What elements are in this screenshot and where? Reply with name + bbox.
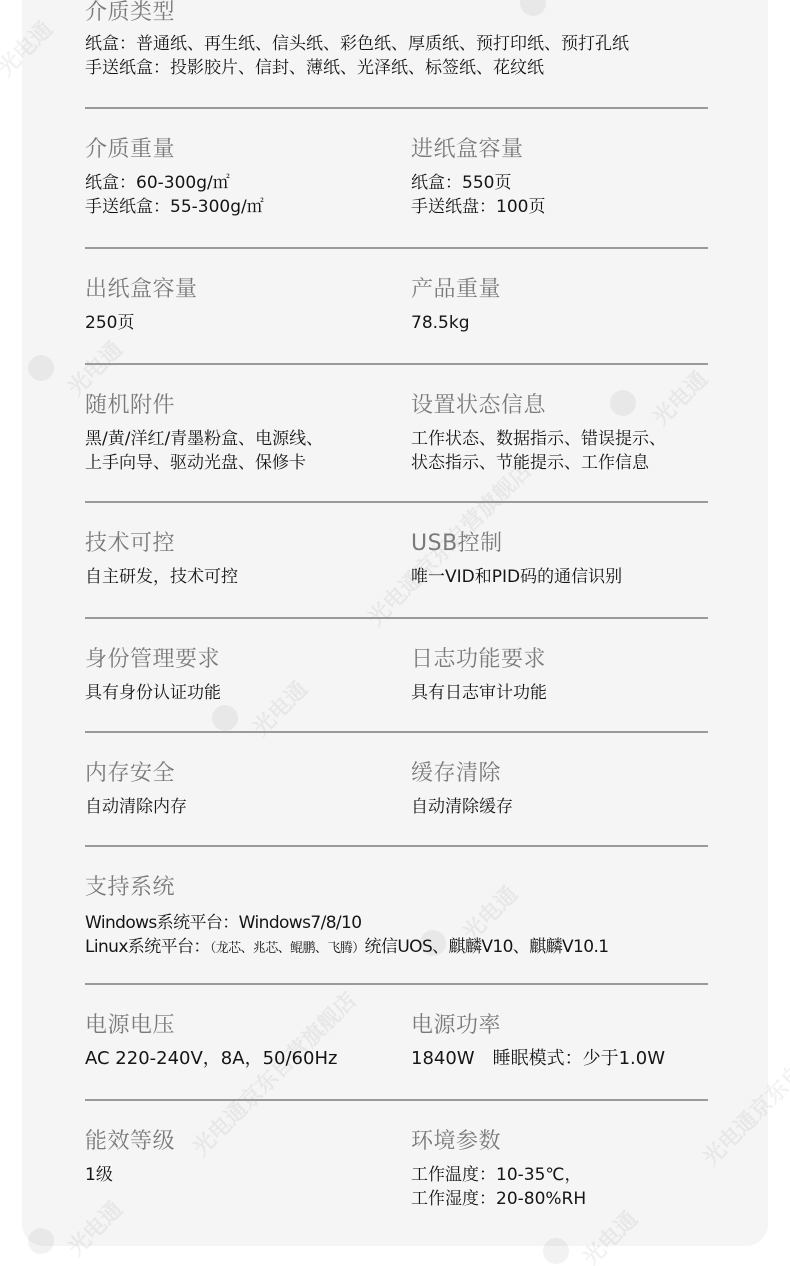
spec-label: 产品重量 (411, 275, 501, 305)
spec-identity-mgmt: 身份管理要求 具有身份认证功能 (85, 645, 221, 705)
spec-label: USB控制 (411, 529, 622, 559)
divider (85, 845, 708, 847)
spec-value: 纸盒：550页 手送纸盘：100页 (411, 171, 545, 219)
spec-value-line: 工作状态、数据指示、错误提示、 (411, 427, 666, 451)
spec-label: 出纸盒容量 (85, 275, 198, 305)
spec-value-line: Linux系统平台：（龙芯、兆芯、鲲鹏、飞腾）统信UOS、麒麟V10、麒麟V10… (85, 935, 608, 961)
spec-value: 1级 (85, 1163, 175, 1187)
spec-log-function: 日志功能要求 具有日志审计功能 (411, 645, 547, 705)
divider (85, 501, 708, 503)
spec-accessories: 随机附件 黑/黄/洋红/青墨粉盒、电源线、 上手向导、驱动光盘、保修卡 (85, 391, 323, 475)
spec-tech-control: 技术可控 自主研发，技术可控 (85, 529, 238, 589)
spec-status-info: 设置状态信息 工作状态、数据指示、错误提示、 状态指示、节能提示、工作信息 (411, 391, 666, 475)
spec-value-line: 纸盒：60-300g/㎡ (85, 171, 264, 195)
spec-power-voltage: 电源电压 AC 220-240V，8A，50/60Hz (85, 1011, 337, 1071)
spec-label: 缓存清除 (411, 759, 513, 789)
spec-label: 身份管理要求 (85, 645, 221, 675)
spec-usb-control: USB控制 唯一VID和PID码的通信识别 (411, 529, 622, 589)
divider (85, 731, 708, 733)
spec-value-line: 手送纸盒：55-300g/㎡ (85, 195, 264, 219)
spec-value: 唯一VID和PID码的通信识别 (411, 565, 622, 589)
linux-os: 统信UOS、麒麟V10、麒麟V10.1 (365, 937, 609, 957)
spec-media-weight: 介质重量 纸盒：60-300g/㎡ 手送纸盒：55-300g/㎡ (85, 135, 264, 219)
spec-label: 设置状态信息 (411, 391, 666, 421)
divider (85, 1099, 708, 1101)
spec-label: 进纸盒容量 (411, 135, 545, 165)
spec-value-line: 纸盒：普通纸、再生纸、信头纸、彩色纸、厚质纸、预打印纸、预打孔纸 (85, 32, 629, 56)
linux-platforms: （龙芯、兆芯、鲲鹏、飞腾） (210, 941, 365, 956)
spec-label: 支持系统 (85, 873, 608, 903)
spec-value-line: 手送纸盒：投影胶片、信封、薄纸、光泽纸、标签纸、花纹纸 (85, 56, 629, 80)
spec-label: 能效等级 (85, 1127, 175, 1157)
divider (85, 983, 708, 985)
spec-product-weight: 产品重量 78.5kg (411, 275, 501, 335)
spec-value: 工作状态、数据指示、错误提示、 状态指示、节能提示、工作信息 (411, 427, 666, 475)
spec-output-capacity: 出纸盒容量 250页 (85, 275, 198, 335)
spec-value: Windows系统平台：Windows7/8/10 Linux系统平台：（龙芯、… (85, 911, 608, 961)
divider (85, 247, 708, 249)
spec-value-line: Windows系统平台：Windows7/8/10 (85, 911, 608, 935)
spec-input-capacity: 进纸盒容量 纸盒：550页 手送纸盘：100页 (411, 135, 545, 219)
spec-value-line: 手送纸盘：100页 (411, 195, 545, 219)
spec-value: 自动清除缓存 (411, 795, 513, 819)
spec-value-line: 上手向导、驱动光盘、保修卡 (85, 451, 323, 475)
spec-value: 自动清除内存 (85, 795, 187, 819)
spec-value-line: 工作湿度：20-80%RH (411, 1187, 586, 1211)
spec-value: 250页 (85, 311, 198, 335)
spec-label: 日志功能要求 (411, 645, 547, 675)
spec-memory-security: 内存安全 自动清除内存 (85, 759, 187, 819)
spec-label: 随机附件 (85, 391, 323, 421)
spec-value: 具有身份认证功能 (85, 681, 221, 705)
spec-value-line: 纸盒：550页 (411, 171, 545, 195)
divider (85, 363, 708, 365)
spec-value: 78.5kg (411, 311, 501, 335)
spec-value: 自主研发，技术可控 (85, 565, 238, 589)
spec-value: AC 220-240V，8A，50/60Hz (85, 1047, 337, 1071)
spec-label: 环境参数 (411, 1127, 586, 1157)
spec-value-line: 工作温度：10-35℃， (411, 1163, 586, 1187)
spec-power-consumption: 电源功率 1840W 睡眠模式：少于1.0W (411, 1011, 665, 1071)
spec-value: 1840W 睡眠模式：少于1.0W (411, 1047, 665, 1071)
linux-prefix: Linux系统平台： (85, 937, 210, 957)
spec-label: 技术可控 (85, 529, 238, 559)
spec-label: 电源电压 (85, 1011, 337, 1041)
spec-cache-clear: 缓存清除 自动清除缓存 (411, 759, 513, 819)
spec-value-line: 黑/黄/洋红/青墨粉盒、电源线、 (85, 427, 323, 451)
spec-environment: 环境参数 工作温度：10-35℃， 工作湿度：20-80%RH (411, 1127, 586, 1211)
spec-value: 黑/黄/洋红/青墨粉盒、电源线、 上手向导、驱动光盘、保修卡 (85, 427, 323, 475)
divider (85, 107, 708, 109)
spec-label: 电源功率 (411, 1011, 665, 1041)
spec-value: 纸盒：普通纸、再生纸、信头纸、彩色纸、厚质纸、预打印纸、预打孔纸 手送纸盒：投影… (85, 32, 629, 80)
spec-value: 纸盒：60-300g/㎡ 手送纸盒：55-300g/㎡ (85, 171, 264, 219)
spec-value-line: 状态指示、节能提示、工作信息 (411, 451, 666, 475)
spec-value: 工作温度：10-35℃， 工作湿度：20-80%RH (411, 1163, 586, 1211)
spec-label: 介质类型 (85, 0, 629, 28)
divider (85, 617, 708, 619)
spec-energy-rating: 能效等级 1级 (85, 1127, 175, 1187)
spec-label: 内存安全 (85, 759, 187, 789)
spec-label: 介质重量 (85, 135, 264, 165)
spec-value: 具有日志审计功能 (411, 681, 547, 705)
